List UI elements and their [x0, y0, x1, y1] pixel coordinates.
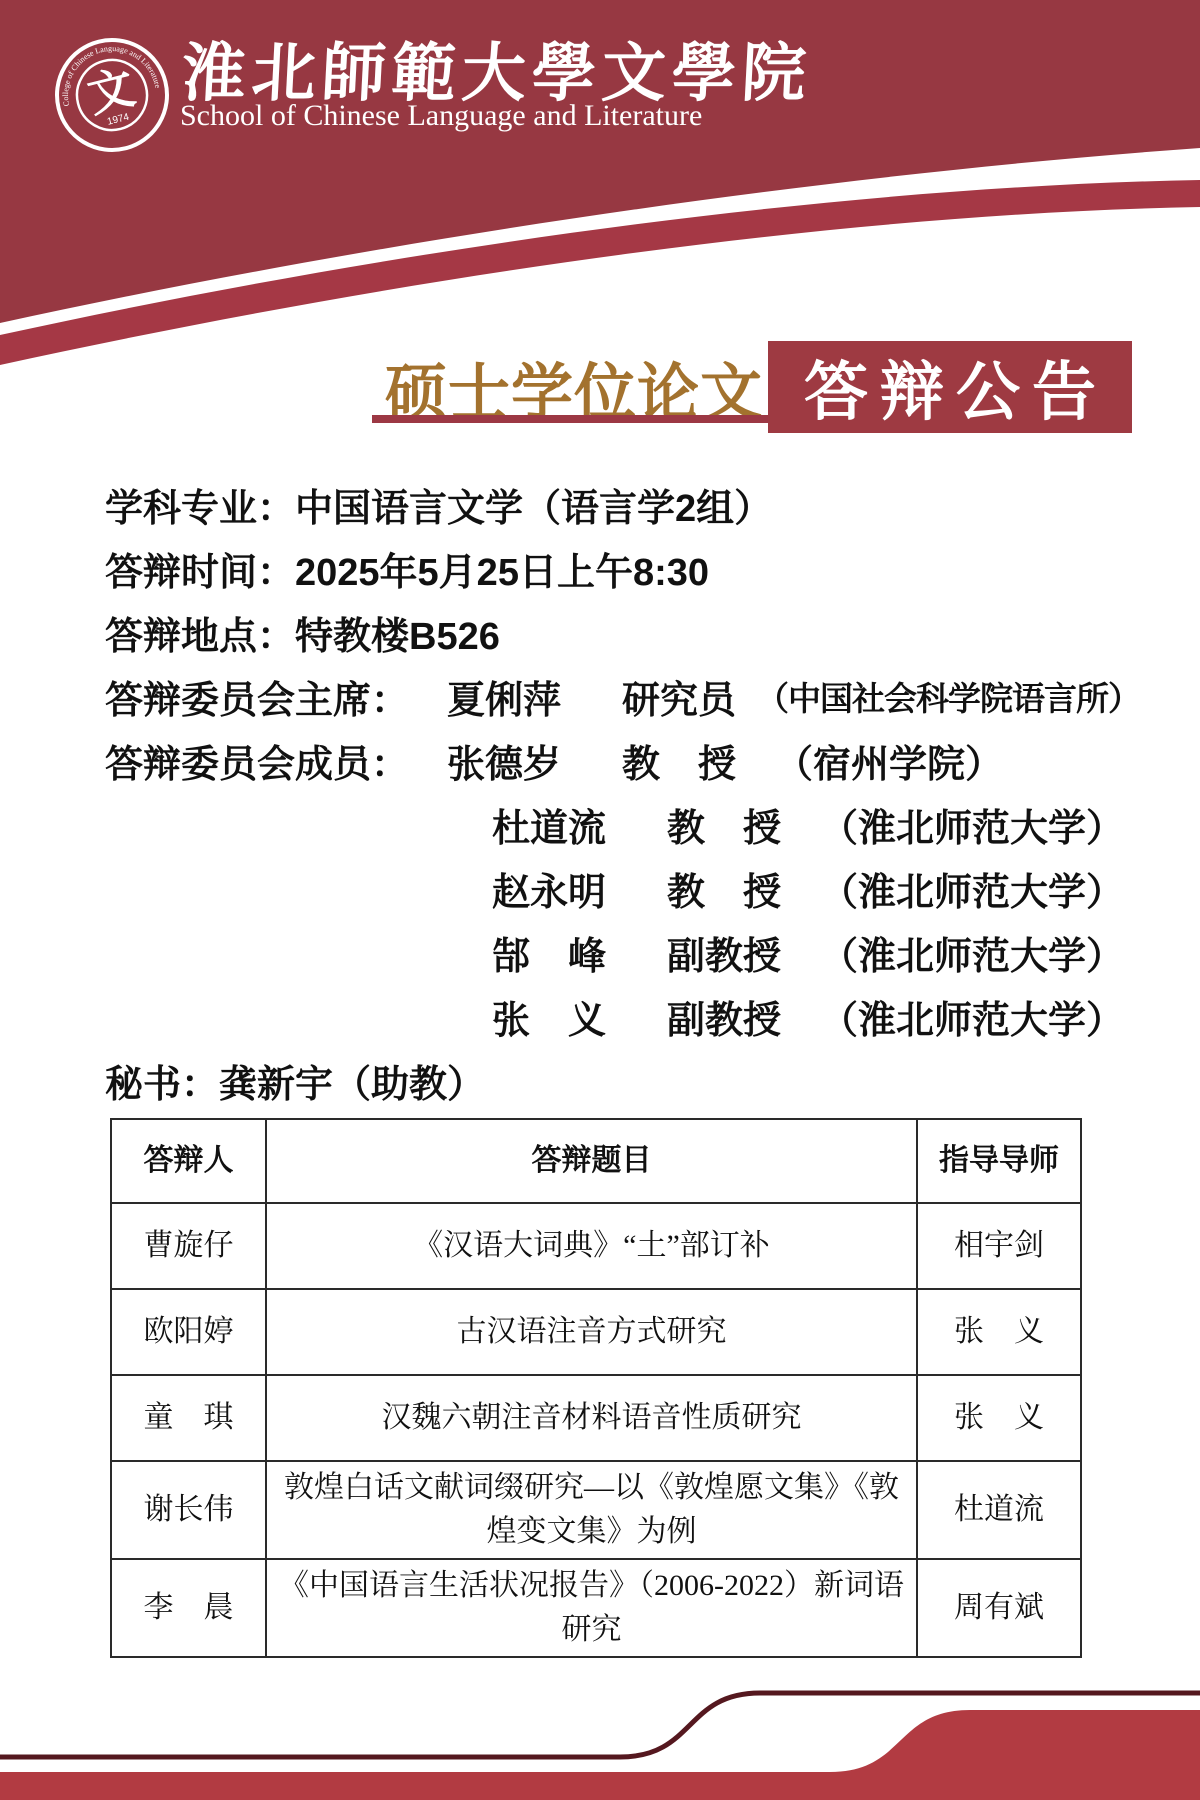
- defense-schedule-table: 答辩人 答辩题目 指导导师 曹旋仔 《汉语大词典》“土”部订补 相宇剑 欧阳婷 …: [110, 1118, 1082, 1658]
- poster-title-right: 答辩公告: [768, 341, 1132, 433]
- member-affiliation: （淮北师范大学）: [820, 861, 1124, 916]
- topic-cell: 汉魏六朝注音材料语音性质研究: [266, 1375, 917, 1461]
- place-line: 答辩地点：特教楼B526: [105, 600, 1115, 664]
- title-underline: [372, 415, 768, 423]
- topic-cell: 《中国语言生活状况报告》（2006-2022）新词语研究: [266, 1559, 917, 1657]
- chair-title: 研究员: [622, 669, 756, 724]
- chair-affiliation: （中国社会科学院语言所）: [756, 673, 1140, 720]
- table-row: 曹旋仔 《汉语大词典》“土”部订补 相宇剑: [111, 1203, 1081, 1289]
- secretary-line: 秘书：龚新宇（助教）: [105, 1048, 1115, 1112]
- col-header-candidate: 答辩人: [111, 1119, 266, 1203]
- member-line: 郜 峰副教授（淮北师范大学）: [105, 920, 1115, 984]
- candidate-cell: 欧阳婷: [111, 1289, 266, 1375]
- topic-cell: 《汉语大词典》“土”部订补: [266, 1203, 917, 1289]
- candidate-cell: 童 琪: [111, 1375, 266, 1461]
- school-name-english: School of Chinese Language and Literatur…: [180, 99, 1000, 133]
- mentor-cell: 张 义: [917, 1289, 1081, 1375]
- defense-info: 学科专业：中国语言文学（语言学2组） 答辩时间：2025年5月25日上午8:30…: [105, 472, 1115, 1112]
- member-affiliation: （淮北师范大学）: [820, 925, 1124, 980]
- footer-banner: [0, 1660, 1200, 1800]
- member-line: 答辩委员会成员：张德岁教 授（宿州学院）: [105, 728, 1115, 792]
- topic-cell: 古汉语注音方式研究: [266, 1289, 917, 1375]
- place-label: 答辩地点：: [105, 605, 295, 660]
- col-header-topic: 答辩题目: [266, 1119, 917, 1203]
- member-title: 教 授: [667, 797, 820, 852]
- table-row: 童 琪 汉魏六朝注音材料语音性质研究 张 义: [111, 1375, 1081, 1461]
- member-line: 杜道流教 授（淮北师范大学）: [105, 792, 1115, 856]
- member-affiliation: （宿州学院）: [775, 733, 1003, 788]
- table-row: 欧阳婷 古汉语注音方式研究 张 义: [111, 1289, 1081, 1375]
- mentor-cell: 相宇剑: [917, 1203, 1081, 1289]
- member-title: 副教授: [667, 925, 820, 980]
- candidate-cell: 李 晨: [111, 1559, 266, 1657]
- defense-announcement-poster: College of Chinese Language and Literatu…: [0, 0, 1200, 1800]
- member-line: 张 义副教授（淮北师范大学）: [105, 984, 1115, 1048]
- chair-label: 答辩委员会主席：: [105, 669, 409, 724]
- member-name: 赵永明: [492, 861, 667, 916]
- table-row: 李 晨 《中国语言生活状况报告》（2006-2022）新词语研究 周有斌: [111, 1559, 1081, 1657]
- mentor-cell: 杜道流: [917, 1461, 1081, 1559]
- member-line: 赵永明教 授（淮北师范大学）: [105, 856, 1115, 920]
- member-name: 郜 峰: [492, 925, 667, 980]
- secretary-text: 秘书：龚新宇（助教）: [105, 1053, 485, 1108]
- time-value: 2025年5月25日上午8:30: [295, 541, 709, 596]
- major-label: 学科专业：: [105, 477, 295, 532]
- member-name: 张 义: [492, 989, 667, 1044]
- member-title: 教 授: [622, 733, 775, 788]
- mentor-cell: 周有斌: [917, 1559, 1081, 1657]
- member-affiliation: （淮北师范大学）: [820, 989, 1124, 1044]
- member-affiliation: （淮北师范大学）: [820, 797, 1124, 852]
- major-value: 中国语言文学（语言学2组）: [295, 477, 772, 532]
- time-line: 答辩时间：2025年5月25日上午8:30: [105, 536, 1115, 600]
- member-title: 教 授: [667, 861, 820, 916]
- table-header-row: 答辩人 答辩题目 指导导师: [111, 1119, 1081, 1203]
- candidate-cell: 谢长伟: [111, 1461, 266, 1559]
- major-line: 学科专业：中国语言文学（语言学2组）: [105, 472, 1115, 536]
- chair-line: 答辩委员会主席：夏俐萍研究员（中国社会科学院语言所）: [105, 664, 1115, 728]
- place-value: 特教楼B526: [295, 605, 500, 660]
- chair-name: 夏俐萍: [447, 669, 622, 724]
- mentor-cell: 张 义: [917, 1375, 1081, 1461]
- candidate-cell: 曹旋仔: [111, 1203, 266, 1289]
- member-name: 杜道流: [492, 797, 667, 852]
- col-header-mentor: 指导导师: [917, 1119, 1081, 1203]
- member-name: 张德岁: [447, 733, 622, 788]
- member-title: 副教授: [667, 989, 820, 1044]
- members-label: 答辩委员会成员：: [105, 733, 409, 788]
- time-label: 答辩时间：: [105, 541, 295, 596]
- topic-cell: 敦煌白话文献词缀研究—以《敦煌愿文集》《敦煌变文集》为例: [266, 1461, 917, 1559]
- table-row: 谢长伟 敦煌白话文献词缀研究—以《敦煌愿文集》《敦煌变文集》为例 杜道流: [111, 1461, 1081, 1559]
